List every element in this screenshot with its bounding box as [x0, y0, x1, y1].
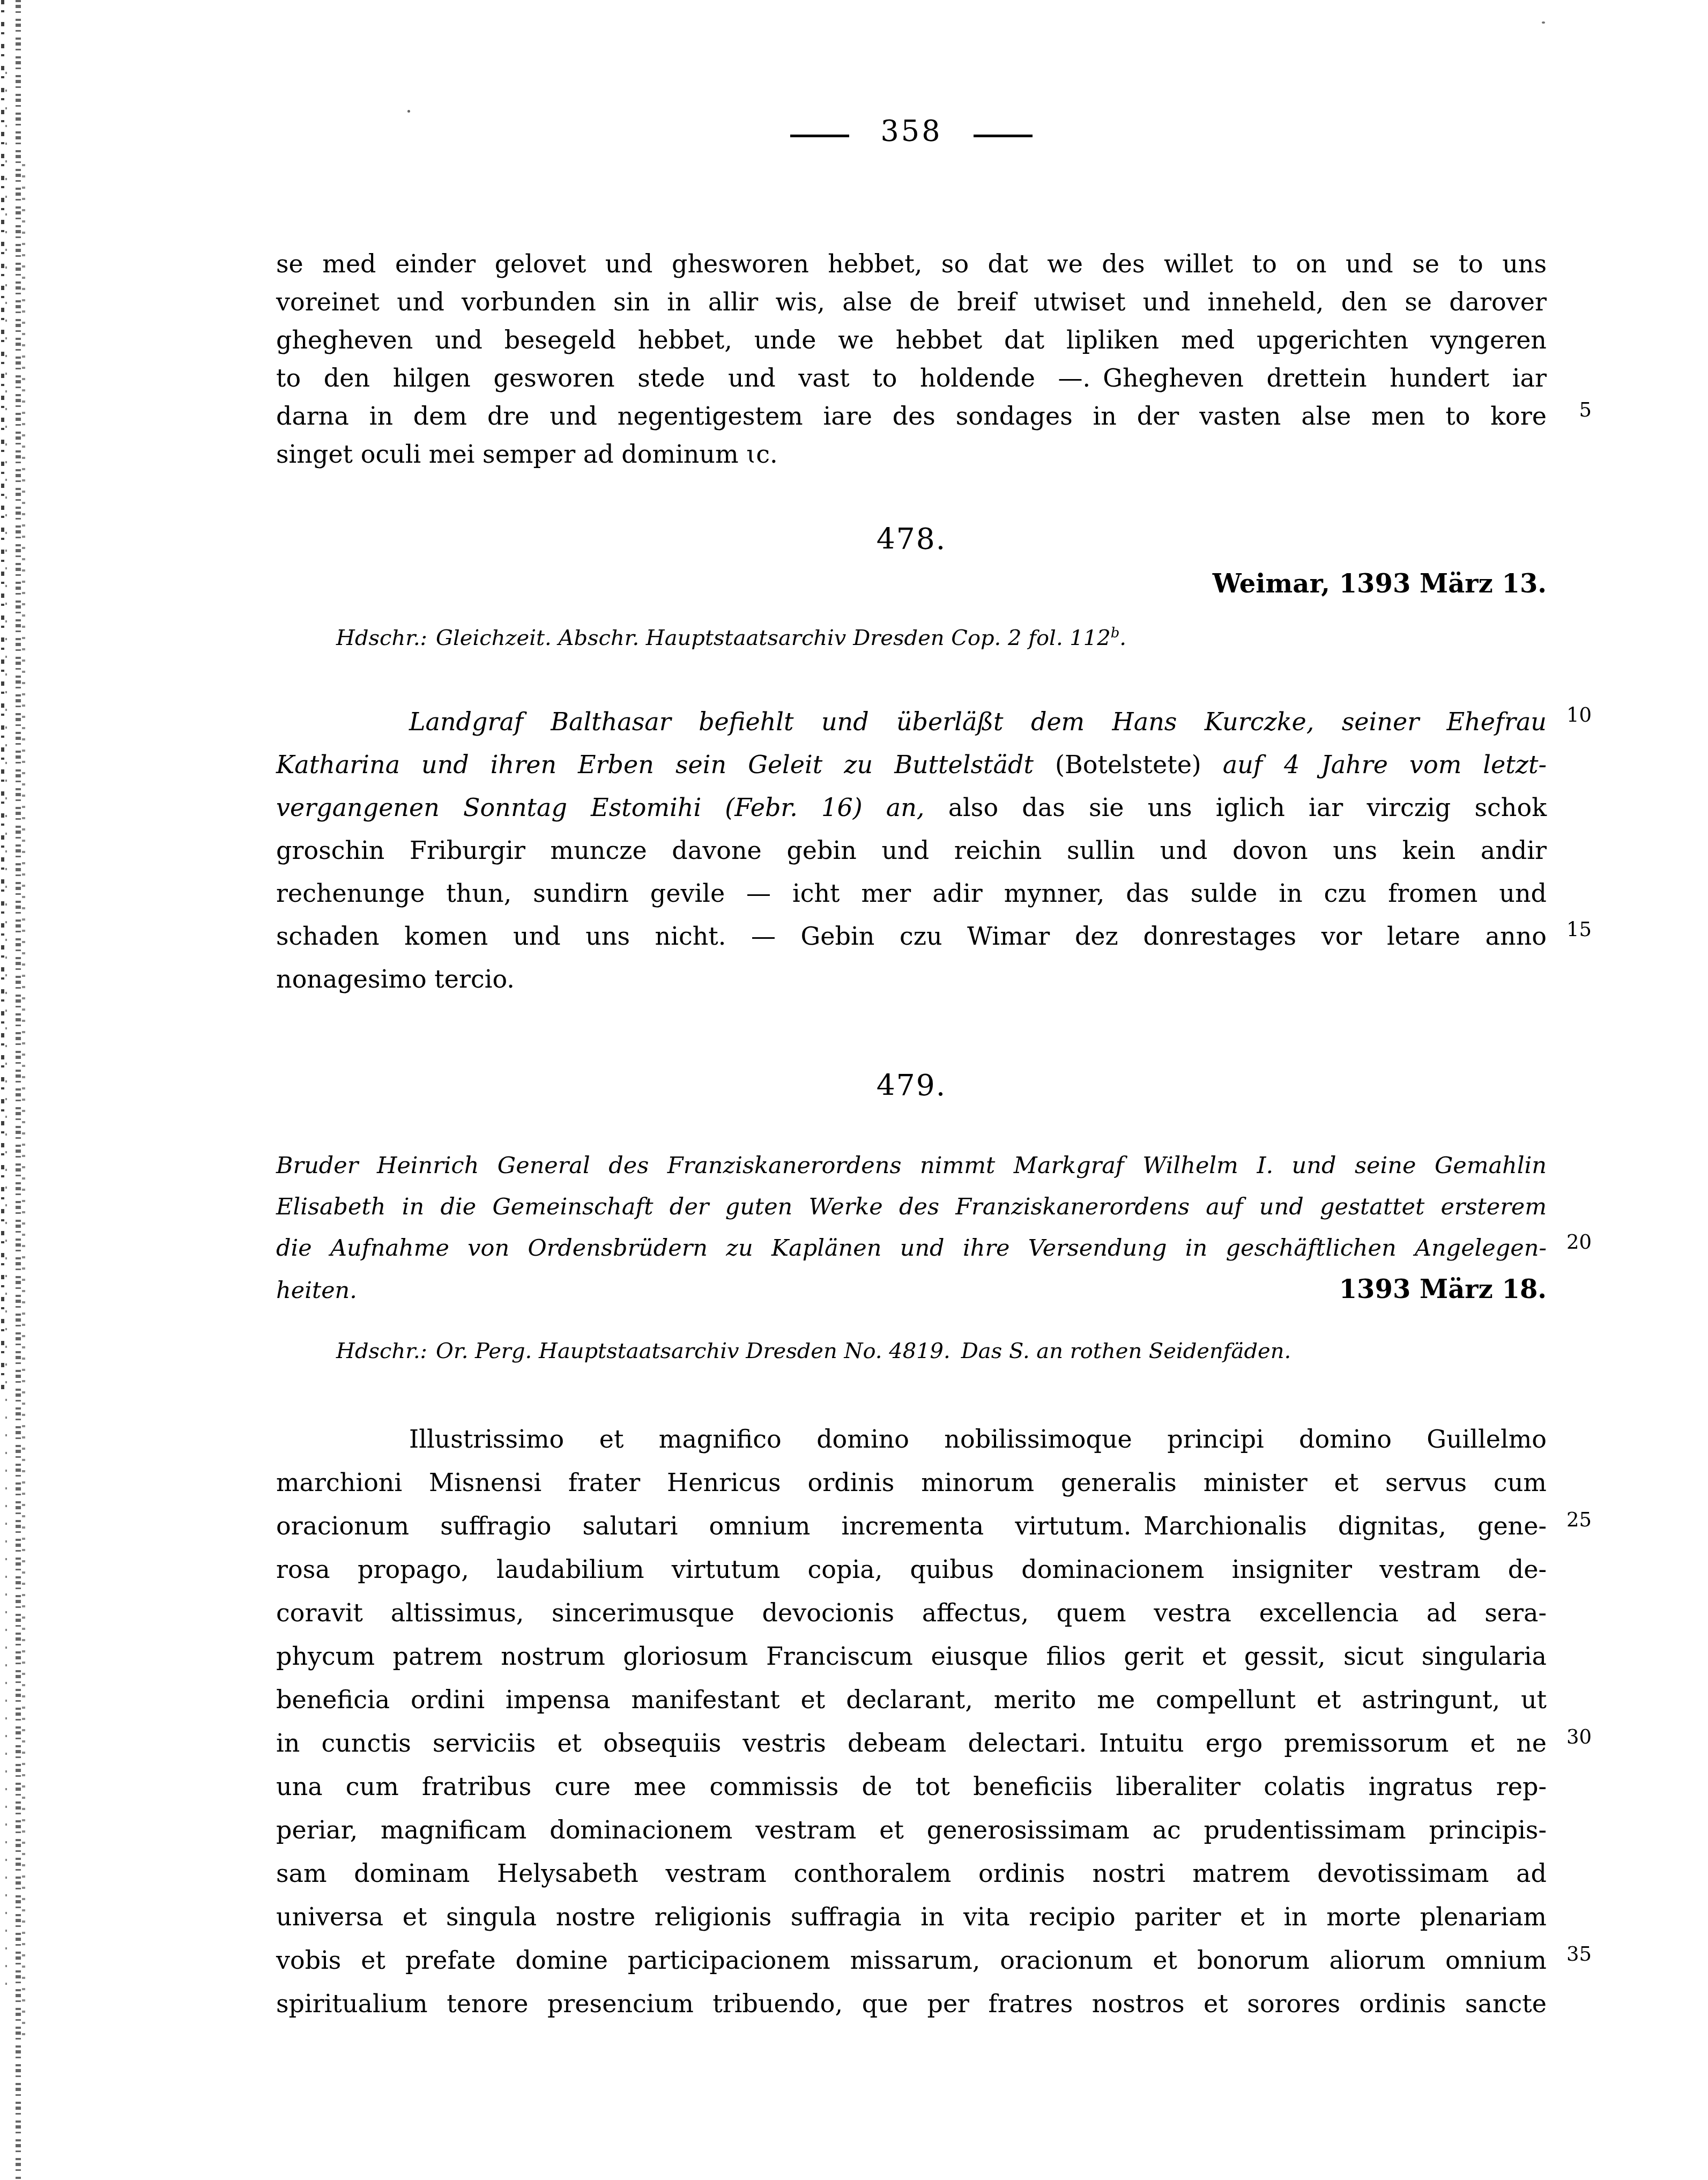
line-segment: groschin Friburgir muncze davone gebin u…: [276, 836, 1547, 865]
line-segment: coravit altissimus, sincerimusque devoci…: [276, 1598, 1547, 1627]
margin-line-number: 10: [1434, 694, 1592, 737]
text-line: Landgraf Balthasar befiehlt und überläßt…: [276, 700, 1547, 743]
entry-479-summary: Bruder Heinrich General des Franziskaner…: [276, 1145, 1547, 1311]
scan-artifact-edge-strip: [5, 64, 7, 1994]
text-line: oracionum suffragio salutari omnium incr…: [276, 1504, 1547, 1548]
margin-line-number: 20: [1566, 1221, 1592, 1263]
source-text: Or. Perg. Hauptstaatsarchiv Dresden No. …: [436, 1339, 1291, 1363]
line-segment: ghegheven und besegeld hebbet, unde we h…: [276, 325, 1547, 354]
line-segment: die Aufnahme von Ordensbrüdern zu Kaplän…: [276, 1235, 1547, 1262]
text-line: heiten.1393 März 18.: [276, 1269, 1547, 1311]
entry-478-source: Hdschr.:Gleichzeit. Abschr. Hauptstaatsa…: [336, 620, 1547, 651]
line-segment: periar, magnificam dominacionem vestram …: [276, 1815, 1547, 1844]
entry-479-source: Hdschr.:Or. Perg. Hauptstaatsarchiv Dres…: [336, 1338, 1547, 1364]
text-line: se med einder gelovet und ghesworen hebb…: [276, 245, 1547, 283]
line-segment: vobis et prefate domine participacionem …: [276, 1946, 1547, 1975]
entry-478-date: Weimar, 1393 März 13.: [276, 569, 1547, 599]
text-line: groschin Friburgir muncze davone gebin u…: [276, 829, 1547, 872]
scan-artifact-binding-strip: [22, 161, 25, 2037]
source-folio-superscript: b: [1111, 625, 1120, 641]
line-segment: oracionum suffragio salutari omnium incr…: [276, 1511, 1547, 1540]
margin-line-number: 35: [1566, 1932, 1592, 1976]
margin-line-number: 5: [1579, 391, 1592, 429]
line-segment: singet oculi mei semper ad dominum ɩc.: [276, 440, 778, 469]
line-segment: beneficia ordini impensa manifestant et …: [276, 1685, 1547, 1714]
line-segment: voreinet und vorbunden sin in allir wis,…: [276, 287, 1547, 316]
line-segment: heiten.: [276, 1270, 357, 1311]
line-segment: schaden komen und uns nicht. — Gebin czu…: [276, 922, 1547, 951]
line-segment: marchioni Misnensi frater Henricus ordin…: [276, 1468, 1547, 1497]
entry-478-number: 478.: [276, 523, 1547, 555]
text-line: spiritualium tenore presencium tribuendo…: [276, 1982, 1547, 2026]
line-segment: vergangenen Sonntag Estomihi (Febr. 16) …: [276, 793, 924, 822]
line-segment: Bruder Heinrich General des Franziskaner…: [276, 1152, 1547, 1179]
text-line: darna in dem dre und negentigestem iare …: [276, 397, 1547, 435]
line-segment: rechenunge thun, sundirn gevile — icht m…: [276, 879, 1547, 908]
line-segment: sam dominam Helysabeth vestram conthoral…: [276, 1859, 1547, 1888]
entry-479-date: 1393 März 18.: [1339, 1269, 1547, 1310]
line-segment: Landgraf Balthasar befiehlt und überläßt…: [409, 707, 1547, 736]
line-segment: nonagesimo tercio.: [276, 965, 515, 993]
line-segment: to den hilgen gesworen stede und vast to…: [276, 364, 1547, 392]
line-segment: in cunctis serviciis et obsequiis vestri…: [276, 1729, 1547, 1758]
line-segment: spiritualium tenore presencium tribuendo…: [276, 1989, 1547, 2018]
source-suffix: .: [1119, 626, 1126, 650]
scan-artifact-edge-strip: [1, 0, 4, 1394]
line-segment: universa et singula nostre religionis su…: [276, 1902, 1547, 1931]
text-line: coravit altissimus, sincerimusque devoci…: [276, 1591, 1547, 1635]
text-line: sam dominam Helysabeth vestram conthoral…: [276, 1852, 1547, 1895]
line-segment: auf 4 Jahre vom letzt-: [1201, 750, 1547, 779]
text-line: schaden komen und uns nicht. — Gebin czu…: [276, 915, 1547, 958]
line-segment: darna in dem dre und negentigestem iare …: [276, 402, 1547, 431]
text-line: die Aufnahme von Ordensbrüdern zu Kaplän…: [276, 1228, 1547, 1269]
line-segment: Katharina und ihren Erben sein Geleit zu…: [276, 750, 1055, 779]
entry-478-summary: Landgraf Balthasar befiehlt und überläßt…: [276, 700, 1547, 1000]
line-segment: rosa propago, laudabilium virtutum copia…: [276, 1555, 1547, 1584]
page-content: 358 se med einder gelovet und ghesworen …: [276, 0, 1547, 2026]
continuation-paragraph: se med einder gelovet und ghesworen hebb…: [276, 245, 1547, 473]
text-line: Bruder Heinrich General des Franziskaner…: [276, 1145, 1547, 1187]
text-line: periar, magnificam dominacionem vestram …: [276, 1808, 1547, 1852]
line-segment: phycum patrem nostrum gloriosum Francisc…: [276, 1642, 1547, 1671]
line-segment: se med einder gelovet und ghesworen hebb…: [276, 249, 1547, 278]
text-line: Illustrissimo et magnifico domino nobili…: [276, 1418, 1547, 1461]
scanned-book-page: 358 se med einder gelovet und ghesworen …: [0, 0, 1708, 2180]
text-line: nonagesimo tercio.: [276, 958, 1547, 1000]
entry-479-number: 479.: [276, 1069, 1547, 1101]
line-segment: una cum fratribus cure mee commissis de …: [276, 1772, 1547, 1801]
text-line: rechenunge thun, sundirn gevile — icht m…: [276, 872, 1547, 915]
text-line: voreinet und vorbunden sin in allir wis,…: [276, 283, 1547, 321]
text-line: universa et singula nostre religionis su…: [276, 1895, 1547, 1939]
text-line: vobis et prefate domine participacionem …: [276, 1939, 1547, 1982]
source-label: Hdschr.:: [336, 1339, 427, 1363]
line-segment: (Botelstete): [1055, 750, 1201, 779]
source-text: Gleichzeit. Abschr. Hauptstaatsarchiv Dr…: [436, 626, 1111, 650]
text-line: ghegheven und besegeld hebbet, unde we h…: [276, 321, 1547, 359]
text-line: singet oculi mei semper ad dominum ɩc.: [276, 435, 1547, 473]
text-line: vergangenen Sonntag Estomihi (Febr. 16) …: [276, 786, 1547, 829]
text-line: Elisabeth in die Gemeinschaft der guten …: [276, 1187, 1547, 1228]
line-segment: Illustrissimo et magnifico domino nobili…: [409, 1425, 1547, 1454]
header-rule-left: [790, 135, 849, 137]
header-rule-right: [974, 135, 1033, 137]
entry-479-body-text: Illustrissimo et magnifico domino nobili…: [276, 1418, 1547, 2026]
text-line: beneficia ordini impensa manifestant et …: [276, 1678, 1547, 1722]
text-line: phycum patrem nostrum gloriosum Francisc…: [276, 1635, 1547, 1678]
margin-line-number: 30: [1566, 1715, 1592, 1759]
scan-artifact-binding-strip: [16, 0, 21, 2180]
text-line: marchioni Misnensi frater Henricus ordin…: [276, 1461, 1547, 1504]
text-line: to den hilgen gesworen stede und vast to…: [276, 359, 1547, 397]
text-line: in cunctis serviciis et obsequiis vestri…: [276, 1722, 1547, 1765]
page-header: 358: [276, 115, 1547, 147]
source-label: Hdschr.:: [336, 626, 427, 650]
text-line: rosa propago, laudabilium virtutum copia…: [276, 1548, 1547, 1591]
margin-line-number: 15: [1566, 908, 1592, 951]
line-segment: also das sie uns iglich iar virczig scho…: [924, 793, 1547, 822]
margin-line-number: 25: [1566, 1498, 1592, 1541]
text-line: una cum fratribus cure mee commissis de …: [276, 1765, 1547, 1808]
text-line: Katharina und ihren Erben sein Geleit zu…: [276, 743, 1547, 786]
page-number: 358: [880, 115, 942, 147]
line-segment: Elisabeth in die Gemeinschaft der guten …: [276, 1193, 1547, 1220]
